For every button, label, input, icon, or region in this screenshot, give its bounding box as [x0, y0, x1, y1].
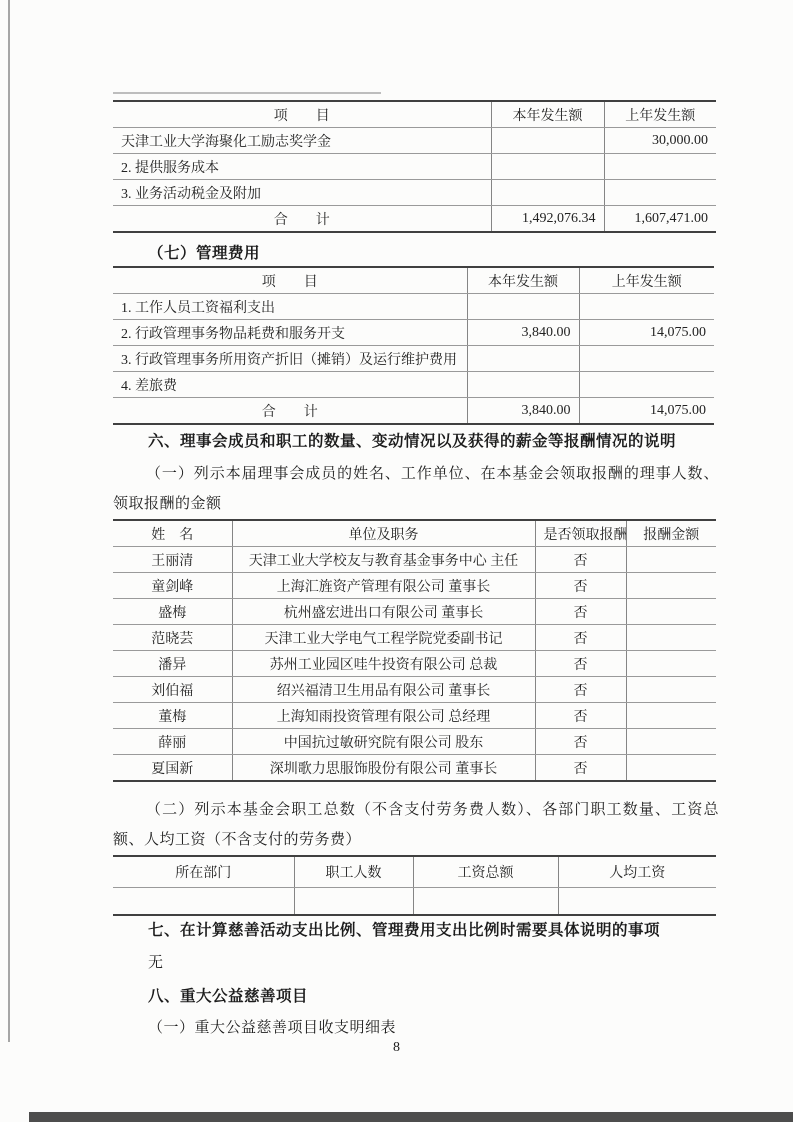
- scan-left-edge-line: [8, 0, 10, 1042]
- col-header-prior-year: 上年发生额: [579, 267, 714, 294]
- col-header-amount: 报酬金额: [626, 520, 716, 547]
- prior-year-cell: 14,075.00: [579, 320, 714, 346]
- table-row: 3. 业务活动税金及附加: [113, 180, 716, 206]
- table-row: 天津工业大学海聚化工励志奖学金 30,000.00: [113, 128, 716, 154]
- item-cell: 1. 工作人员工资福利支出: [113, 294, 467, 320]
- section-heading-8: 八、重大公益慈善项目: [148, 984, 308, 1006]
- current-year-cell: [467, 346, 579, 372]
- expense-table: 项 目 本年发生额 上年发生额 天津工业大学海聚化工励志奖学金 30,000.0…: [113, 100, 716, 233]
- current-year-cell: [467, 372, 579, 398]
- member-org-cell: 天津工业大学电气工程学院党委副书记: [232, 625, 535, 651]
- paid-cell: 否: [535, 651, 626, 677]
- prior-year-cell: [604, 154, 716, 180]
- col-header-salary-total: 工资总额: [413, 856, 558, 888]
- total-prior-cell: 14,075.00: [579, 398, 714, 425]
- col-header-paid: 是否领取报酬: [535, 520, 626, 547]
- member-name-cell: 盛梅: [113, 599, 232, 625]
- table-row: 盛梅 杭州盛宏进出口有限公司 董事长 否: [113, 599, 716, 625]
- amount-cell: [626, 547, 716, 573]
- prior-year-cell: [579, 346, 714, 372]
- current-year-cell: [467, 294, 579, 320]
- table-row: 2. 行政管理事务物品耗费和服务开支 3,840.00 14,075.00: [113, 320, 714, 346]
- total-label-cell: 合 计: [113, 206, 491, 233]
- member-name-cell: 董梅: [113, 703, 232, 729]
- member-name-cell: 童剑峰: [113, 573, 232, 599]
- amount-cell: [626, 599, 716, 625]
- col-header-prior-year: 上年发生额: [604, 101, 716, 128]
- staff-count-cell: [294, 888, 413, 916]
- admin-fee-table: 项 目 本年发生额 上年发生额 1. 工作人员工资福利支出 2. 行政管理事务物…: [113, 266, 714, 425]
- member-name-cell: 薛丽: [113, 729, 232, 755]
- staff-table: 所在部门 职工人数 工资总额 人均工资: [113, 855, 716, 916]
- member-org-cell: 中国抗过敏研究院有限公司 股东: [232, 729, 535, 755]
- member-org-cell: 天津工业大学校友与教育基金事务中心 主任: [232, 547, 535, 573]
- total-current-cell: 3,840.00: [467, 398, 579, 425]
- paragraph-staff-intro: （二）列示本基金会职工总数（不含支付劳务费人数）、各部门职工数量、工资总额、人均…: [113, 795, 719, 855]
- scan-bottom-band: [29, 1112, 793, 1122]
- table-row: 范晓芸 天津工业大学电气工程学院党委副书记 否: [113, 625, 716, 651]
- current-year-cell: [491, 180, 604, 206]
- paid-cell: 否: [535, 573, 626, 599]
- total-row: 合 计 1,492,076.34 1,607,471.00: [113, 206, 716, 233]
- paragraph-board-intro: （一）列示本届理事会成员的姓名、工作单位、在本基金会领取报酬的理事人数、领取报酬…: [113, 459, 719, 519]
- prior-year-cell: [579, 294, 714, 320]
- paid-cell: 否: [535, 729, 626, 755]
- amount-cell: [626, 625, 716, 651]
- paid-cell: 否: [535, 625, 626, 651]
- amount-cell: [626, 755, 716, 782]
- item-cell: 2. 提供服务成本: [113, 154, 491, 180]
- col-header-item: 项 目: [113, 267, 467, 294]
- table-row: 刘伯福 绍兴福清卫生用品有限公司 董事长 否: [113, 677, 716, 703]
- member-org-cell: 深圳歌力思服饰股份有限公司 董事长: [232, 755, 535, 782]
- member-name-cell: 刘伯福: [113, 677, 232, 703]
- amount-cell: [626, 677, 716, 703]
- table-row: 夏国新 深圳歌力思服饰股份有限公司 董事长 否: [113, 755, 716, 782]
- table-row: 童剑峰 上海汇旌资产管理有限公司 董事长 否: [113, 573, 716, 599]
- member-org-cell: 杭州盛宏进出口有限公司 董事长: [232, 599, 535, 625]
- prior-year-cell: 30,000.00: [604, 128, 716, 154]
- paid-cell: 否: [535, 599, 626, 625]
- item-cell: 4. 差旅费: [113, 372, 467, 398]
- member-org-cell: 上海汇旌资产管理有限公司 董事长: [232, 573, 535, 599]
- table-row: 4. 差旅费: [113, 372, 714, 398]
- amount-cell: [626, 703, 716, 729]
- table-header-row: 姓 名 单位及职务 是否领取报酬 报酬金额: [113, 520, 716, 547]
- paid-cell: 否: [535, 703, 626, 729]
- table-row: 董梅 上海知雨投资管理有限公司 总经理 否: [113, 703, 716, 729]
- table-row: 2. 提供服务成本: [113, 154, 716, 180]
- member-name-cell: 范晓芸: [113, 625, 232, 651]
- document-page: 项 目 本年发生额 上年发生额 天津工业大学海聚化工励志奖学金 30,000.0…: [0, 0, 793, 1122]
- item-cell: 3. 业务活动税金及附加: [113, 180, 491, 206]
- member-org-cell: 上海知雨投资管理有限公司 总经理: [232, 703, 535, 729]
- col-header-org: 单位及职务: [232, 520, 535, 547]
- amount-cell: [626, 729, 716, 755]
- total-prior-cell: 1,607,471.00: [604, 206, 716, 233]
- total-row: 合 计 3,840.00 14,075.00: [113, 398, 714, 425]
- member-name-cell: 王丽清: [113, 547, 232, 573]
- table-row: [113, 888, 716, 916]
- salary-average-cell: [558, 888, 716, 916]
- paid-cell: 否: [535, 677, 626, 703]
- table-header-row: 项 目 本年发生额 上年发生额: [113, 101, 716, 128]
- col-header-salary-average: 人均工资: [558, 856, 716, 888]
- col-header-department: 所在部门: [113, 856, 294, 888]
- member-org-cell: 绍兴福清卫生用品有限公司 董事长: [232, 677, 535, 703]
- department-cell: [113, 888, 294, 916]
- member-name-cell: 潘异: [113, 651, 232, 677]
- prior-year-cell: [579, 372, 714, 398]
- member-name-cell: 夏国新: [113, 755, 232, 782]
- current-year-cell: [491, 128, 604, 154]
- table-row: 1. 工作人员工资福利支出: [113, 294, 714, 320]
- item-cell: 2. 行政管理事务物品耗费和服务开支: [113, 320, 467, 346]
- paid-cell: 否: [535, 547, 626, 573]
- table-row: 潘异 苏州工业园区哇牛投资有限公司 总裁 否: [113, 651, 716, 677]
- amount-cell: [626, 573, 716, 599]
- col-header-current-year: 本年发生额: [467, 267, 579, 294]
- col-header-current-year: 本年发生额: [491, 101, 604, 128]
- current-year-cell: [491, 154, 604, 180]
- table-header-row: 项 目 本年发生额 上年发生额: [113, 267, 714, 294]
- prior-year-cell: [604, 180, 716, 206]
- current-year-cell: 3,840.00: [467, 320, 579, 346]
- table-row: 王丽清 天津工业大学校友与教育基金事务中心 主任 否: [113, 547, 716, 573]
- total-current-cell: 1,492,076.34: [491, 206, 604, 233]
- board-members-table: 姓 名 单位及职务 是否领取报酬 报酬金额 王丽清 天津工业大学校友与教育基金事…: [113, 519, 716, 782]
- section-8-subheading: （一）重大公益慈善项目收支明细表: [148, 1016, 396, 1037]
- total-label-cell: 合 计: [113, 398, 467, 425]
- section-heading-6: 六、理事会成员和职工的数量、变动情况以及获得的薪金等报酬情况的说明: [148, 429, 676, 451]
- amount-cell: [626, 651, 716, 677]
- table-row: 薛丽 中国抗过敏研究院有限公司 股东 否: [113, 729, 716, 755]
- paid-cell: 否: [535, 755, 626, 782]
- salary-total-cell: [413, 888, 558, 916]
- table-header-row: 所在部门 职工人数 工资总额 人均工资: [113, 856, 716, 888]
- section-heading-7: 七、在计算慈善活动支出比例、管理费用支出比例时需要具体说明的事项: [148, 918, 660, 940]
- page-number: 8: [0, 1040, 793, 1056]
- section-heading-admin-fee: （七）管理费用: [148, 241, 260, 263]
- col-header-name: 姓 名: [113, 520, 232, 547]
- table-row: 3. 行政管理事务所用资产折旧（摊销）及运行维护费用: [113, 346, 714, 372]
- member-org-cell: 苏州工业园区哇牛投资有限公司 总裁: [232, 651, 535, 677]
- scan-ghost-line: [113, 92, 381, 94]
- col-header-item: 项 目: [113, 101, 491, 128]
- col-header-staff-count: 职工人数: [294, 856, 413, 888]
- section-7-content: 无: [148, 951, 164, 972]
- item-cell: 3. 行政管理事务所用资产折旧（摊销）及运行维护费用: [113, 346, 467, 372]
- item-cell: 天津工业大学海聚化工励志奖学金: [113, 128, 491, 154]
